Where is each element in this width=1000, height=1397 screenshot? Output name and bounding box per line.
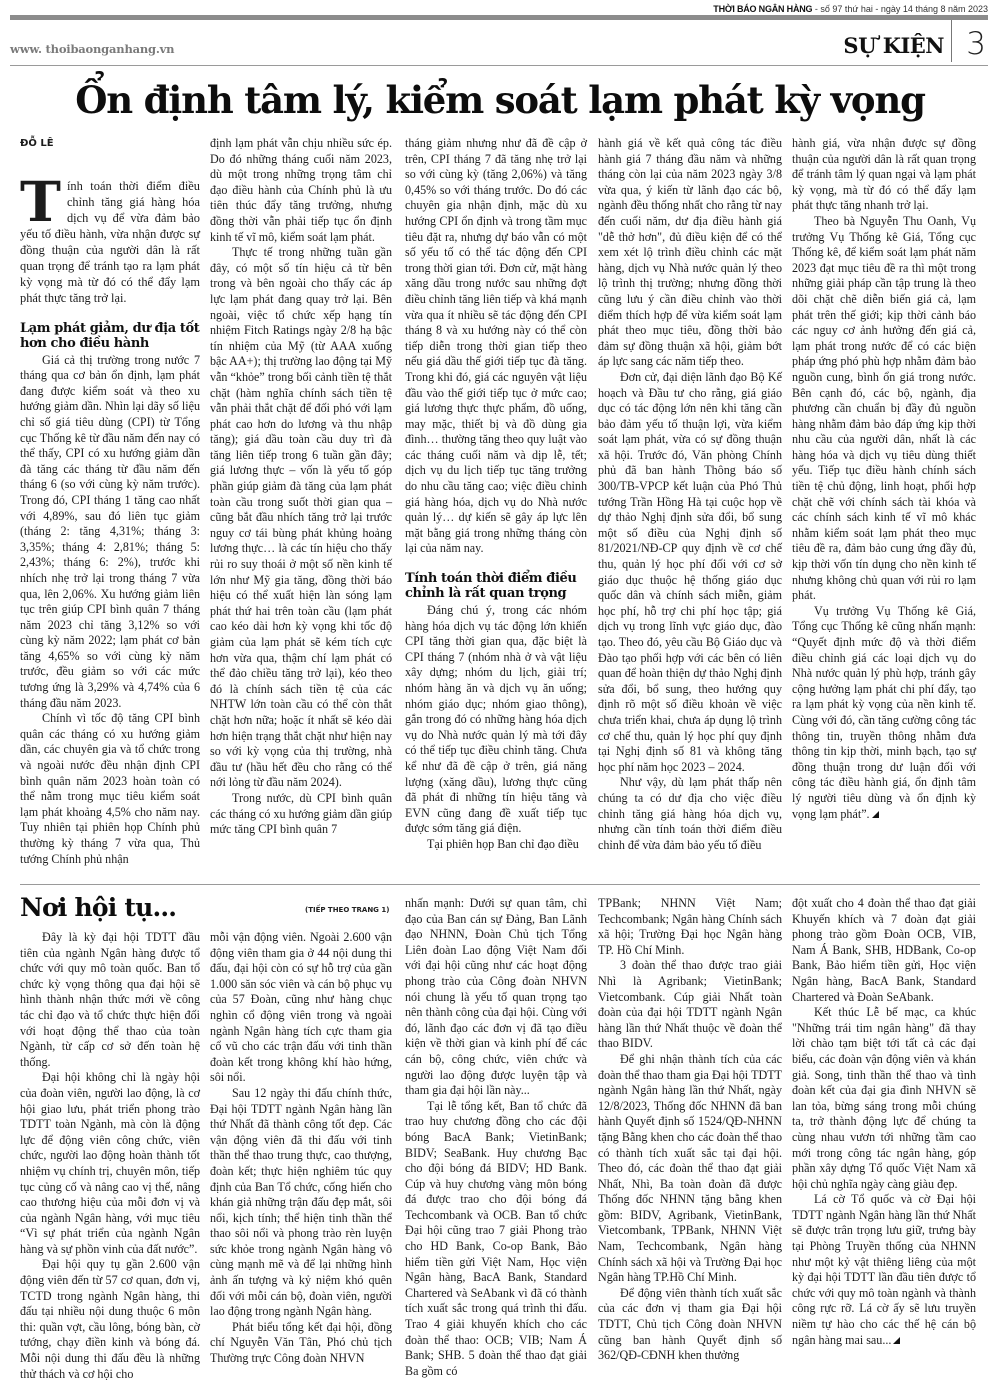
secondary-article-column-1: Đây là kỳ đại hội TDTT đầu tiên của ngàn… (20, 930, 200, 1382)
paragraph: Để ghi nhận thành tích của các đoàn thể … (598, 1052, 782, 1286)
main-article-column-3: tháng giảm nhưng như đã đề cập ở trên, C… (405, 136, 587, 853)
paragraph: Như vậy, dù lạm phát thấp nên chúng ta c… (598, 775, 782, 853)
issue-info: - số 97 thứ hai - ngày 14 tháng 8 năm 20… (812, 4, 988, 14)
paragraph: Tại phiên họp Ban chỉ đạo điều (405, 837, 587, 853)
paragraph: Phát biểu tổng kết đại hội, đồng chí Ngu… (210, 1320, 392, 1367)
main-article-column-2: định lạm phát vẫn chịu nhiều sức ép. Do … (210, 136, 392, 838)
article-separator (20, 884, 980, 885)
paragraph: đột xuất cho 4 đoàn thể thao đạt giải Kh… (792, 896, 976, 1005)
paragraph: Kết thúc Lễ bế mạc, ca khúc "Những trái … (792, 1005, 976, 1192)
masthead: www. thoibaonganhang.vn SỰ KIỆN 3 (10, 20, 988, 66)
paragraph: Sau 12 ngày thi đấu chính thức, Đại hội … (210, 1086, 392, 1320)
secondary-article-column-3: nhấn mạnh: Dưới sự quan tâm, chỉ đạo của… (405, 896, 587, 1379)
paragraph: Lá cờ Tổ quốc và cờ Đại hội TDTT ngành N… (792, 1192, 976, 1348)
paragraph: Đại hội quy tụ gần 2.600 vận động viên đ… (20, 1257, 200, 1382)
paragraph: Chính vì tốc độ tăng CPI bình quân các t… (20, 711, 200, 867)
paragraph: Đơn cử, đại diện lãnh đạo Bộ Kế hoạch và… (598, 370, 782, 775)
main-article-column-1: ĐỖ LÊ Tính toán thời điểm điều chỉnh tăn… (20, 136, 200, 867)
paragraph: Đại hội không chỉ là ngày hội của đoàn v… (20, 1070, 200, 1257)
paragraph: 3 đoàn thể thao được trao giải Nhì là Ag… (598, 958, 782, 1052)
paragraph: TPBank; NHNN Việt Nam; Techcombank; Ngân… (598, 896, 782, 958)
paragraph: Vụ trưởng Vụ Thống kê Giá, Tổng cục Thốn… (792, 604, 976, 822)
paragraph: định lạm phát vẫn chịu nhiều sức ép. Do … (210, 136, 392, 245)
paragraph: Đây là kỳ đại hội TDTT đầu tiên của ngàn… (20, 930, 200, 1070)
page-number: 3 (966, 26, 986, 62)
paragraph: nhấn mạnh: Dưới sự quan tâm, chỉ đạo của… (405, 896, 587, 1099)
paragraph: Theo bà Nguyễn Thu Oanh, Vụ trưởng Vụ Th… (792, 214, 976, 604)
paragraph: hành giá, vừa nhận được sự đồng thuận củ… (792, 136, 976, 214)
continued-from-label[interactable]: (TIẾP THEO TRANG 1) (305, 906, 389, 914)
paragraph: Để động viên thành tích xuất sắc của các… (598, 1286, 782, 1364)
paragraph: mỗi vận động viên. Ngoài 2.600 vận động … (210, 930, 392, 1086)
paragraph: Đáng chú ý, trong các nhóm hàng hóa dịch… (405, 603, 587, 837)
paragraph: tháng giảm nhưng như đã đề cập ở trên, C… (405, 136, 587, 557)
secondary-article-column-5: đột xuất cho 4 đoàn thể thao đạt giải Kh… (792, 896, 976, 1348)
subhead: Lạm phát giảm, dư địa tốt hơn cho điều h… (20, 321, 200, 351)
site-url[interactable]: www. thoibaonganhang.vn (10, 42, 174, 56)
publication-name: THỜI BÁO NGÂN HÀNG (713, 4, 812, 14)
main-headline: Ổn định tâm lý, kiểm soát lạm phát kỳ vọ… (0, 78, 1000, 122)
main-article-column-5: hành giá, vừa nhận được sự đồng thuận củ… (792, 136, 976, 822)
end-mark-icon (893, 1337, 900, 1344)
section-divider (951, 20, 952, 62)
drop-cap: T (20, 180, 61, 224)
paragraph: Thực tế trong những tuần gần đây, có một… (210, 245, 392, 791)
secondary-article-column-4: TPBank; NHNN Việt Nam; Techcombank; Ngân… (598, 896, 782, 1364)
end-mark-icon (872, 811, 879, 818)
paragraph: Giá cả thị trường trong nước 7 tháng qua… (20, 353, 200, 712)
secondary-headline: Nơi hội tụ... (20, 893, 176, 922)
paragraph: Tại lễ tổng kết, Ban tổ chức đã trao huy… (405, 1099, 587, 1380)
byline: ĐỖ LÊ (20, 136, 200, 152)
paragraph: hành giá về kết quả công tác điều hành g… (598, 136, 782, 370)
issue-line: THỜI BÁO NGÂN HÀNG - số 97 thứ hai - ngà… (713, 4, 988, 14)
secondary-article-column-2: mỗi vận động viên. Ngoài 2.600 vận động … (210, 930, 392, 1367)
section-name: SỰ KIỆN (843, 33, 944, 58)
lead-paragraph: Tính toán thời điểm điều chỉnh tăng giá … (20, 178, 200, 306)
paragraph: Trong nước, dù CPI bình quân các tháng c… (210, 791, 392, 838)
subhead: Tính toán thời điểm điều chỉnh là rất qu… (405, 571, 587, 601)
main-article-column-4: hành giá về kết quả công tác điều hành g… (598, 136, 782, 853)
